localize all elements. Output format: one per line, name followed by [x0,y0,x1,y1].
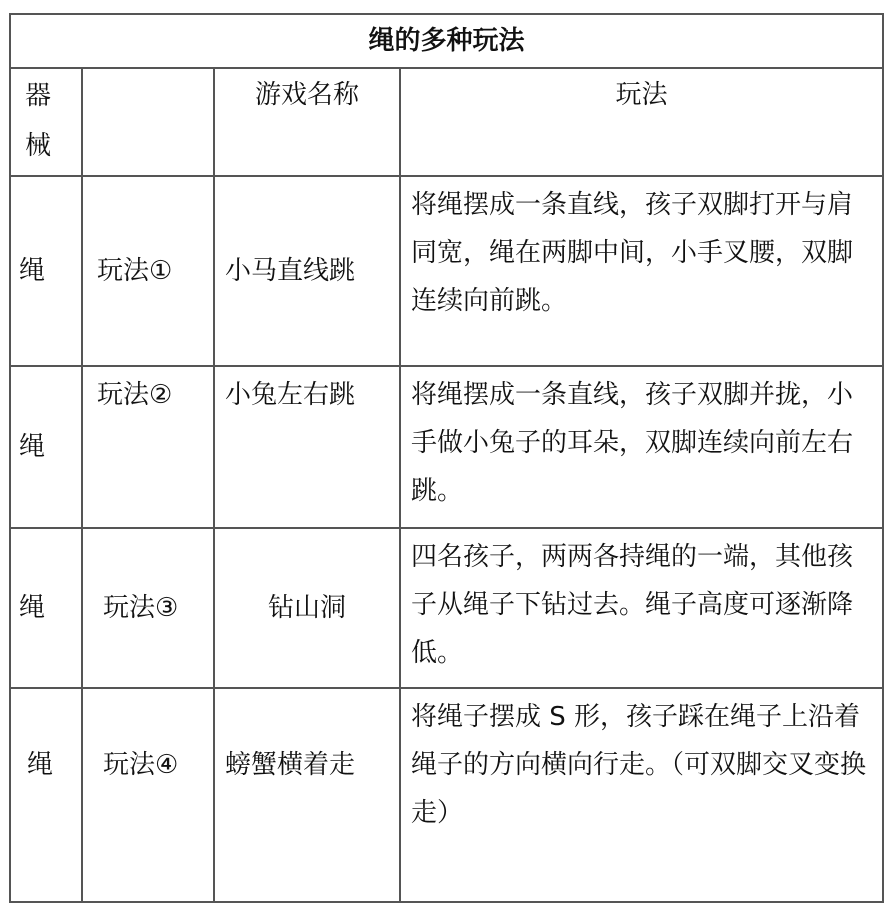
header-play: 玩法 [400,68,883,176]
method-cell: 玩法② [82,366,214,528]
equipment-cell: 绳 [10,176,82,366]
table-row: 绳 玩法① 小马直线跳 将绳摆成一条直线，孩子双脚打开与肩同宽，绳在两脚中间，小… [10,176,883,366]
method-cell: 玩法③ [82,528,214,688]
play-description-cell: 将绳摆成一条直线，孩子双脚并拢，小手做小兔子的耳朵，双脚连续向前左右跳。 [400,366,883,528]
table-title: 绳的多种玩法 [10,14,883,68]
game-name-cell: 小兔左右跳 [214,366,400,528]
equipment-cell: 绳 [10,528,82,688]
method-cell: 玩法④ [82,688,214,902]
play-description-cell: 四名孩子，两两各持绳的一端，其他孩子从绳子下钻过去。绳子高度可逐渐降低。 [400,528,883,688]
header-method [82,68,214,176]
header-row: 器 械 游戏名称 玩法 [10,68,883,176]
header-equipment-line-1: 器 [25,71,81,121]
equipment-cell: 绳 [10,366,82,528]
table-row: 绳 玩法② 小兔左右跳 将绳摆成一条直线，孩子双脚并拢，小手做小兔子的耳朵，双脚… [10,366,883,528]
play-description-cell: 将绳摆成一条直线，孩子双脚打开与肩同宽，绳在两脚中间，小手叉腰，双脚连续向前跳。 [400,176,883,366]
table-row: 绳 玩法③ 钻山洞 四名孩子，两两各持绳的一端，其他孩子从绳子下钻过去。绳子高度… [10,528,883,688]
header-equipment-line-2: 械 [25,121,81,171]
header-game-name: 游戏名称 [214,68,400,176]
game-name-cell: 小马直线跳 [214,176,400,366]
play-description-cell: 将绳子摆成 S 形，孩子踩在绳子上沿着绳子的方向横向行走。（可双脚交叉变换走） [400,688,883,902]
equipment-cell: 绳 [10,688,82,902]
rope-games-table: 绳的多种玩法 器 械 游戏名称 玩法 绳 玩法① 小马直线跳 将绳摆成一条直线，… [9,13,884,903]
game-name-cell: 钻山洞 [214,528,400,688]
title-row: 绳的多种玩法 [10,14,883,68]
header-equipment: 器 械 [10,68,82,176]
table-row: 绳 玩法④ 螃蟹横着走 将绳子摆成 S 形，孩子踩在绳子上沿着绳子的方向横向行走… [10,688,883,902]
game-name-cell: 螃蟹横着走 [214,688,400,902]
method-cell: 玩法① [82,176,214,366]
